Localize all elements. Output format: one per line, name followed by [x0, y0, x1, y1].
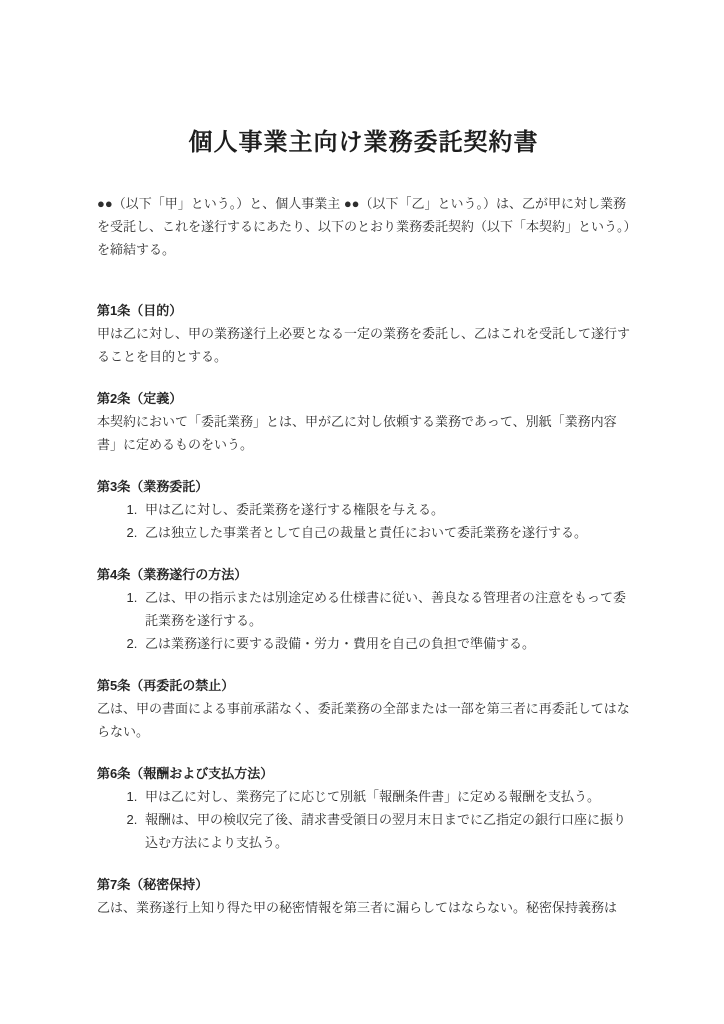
article-list-item: 乙は業務遂行に要する設備・労力・費用を自己の負担で準備する。 [141, 632, 630, 655]
article-heading: 第1条（目的） [97, 299, 630, 322]
article-list-item: 乙は、甲の指示または別途定める仕様書に従い、善良なる管理者の注意をもって委託業務… [141, 586, 630, 632]
contract-document-page: 個人事業主向け業務委託契約書 ●●（以下「甲」という。）と、個人事業主 ●●（以… [0, 0, 724, 1024]
articles-container: 第1条（目的）甲は乙に対し、甲の業務遂行上必要となる一定の業務を委託し、乙はこれ… [97, 299, 630, 919]
article-heading: 第2条（定義） [97, 387, 630, 410]
article-heading: 第5条（再委託の禁止） [97, 674, 630, 697]
article-body: 本契約において「委託業務」とは、甲が乙に対し依頼する業務であって、別紙「業務内容… [97, 410, 630, 456]
article-body: 乙は、甲の書面による事前承諾なく、委託業務の全部または一部を第三者に再委託しては… [97, 697, 630, 743]
article-body: 乙は、業務遂行上知り得た甲の秘密情報を第三者に漏らしてはならない。秘密保持義務は [97, 896, 630, 919]
article-section: 第3条（業務委託）甲は乙に対し、委託業務を遂行する権限を与える。乙は独立した事業… [97, 475, 630, 544]
document-title: 個人事業主向け業務委託契約書 [97, 124, 630, 162]
article-list-item: 乙は独立した事業者として自己の裁量と責任において委託業務を遂行する。 [141, 521, 630, 544]
article-section: 第7条（秘密保持）乙は、業務遂行上知り得た甲の秘密情報を第三者に漏らしてはならな… [97, 873, 630, 919]
article-list: 甲は乙に対し、委託業務を遂行する権限を与える。乙は独立した事業者として自己の裁量… [97, 498, 630, 544]
article-section: 第4条（業務遂行の方法）乙は、甲の指示または別途定める仕様書に従い、善良なる管理… [97, 563, 630, 655]
article-list-item: 甲は乙に対し、業務完了に応じて別紙「報酬条件書」に定める報酬を支払う。 [141, 785, 630, 808]
article-body: 甲は乙に対し、甲の業務遂行上必要となる一定の業務を委託し、乙はこれを受託して遂行… [97, 322, 630, 368]
article-heading: 第6条（報酬および支払方法） [97, 762, 630, 785]
article-list-item: 甲は乙に対し、委託業務を遂行する権限を与える。 [141, 498, 630, 521]
article-list: 甲は乙に対し、業務完了に応じて別紙「報酬条件書」に定める報酬を支払う。報酬は、甲… [97, 785, 630, 854]
article-heading: 第7条（秘密保持） [97, 873, 630, 896]
article-section: 第2条（定義）本契約において「委託業務」とは、甲が乙に対し依頼する業務であって、… [97, 387, 630, 456]
article-list: 乙は、甲の指示または別途定める仕様書に従い、善良なる管理者の注意をもって委託業務… [97, 586, 630, 655]
article-section: 第6条（報酬および支払方法）甲は乙に対し、業務完了に応じて別紙「報酬条件書」に定… [97, 762, 630, 854]
article-heading: 第4条（業務遂行の方法） [97, 563, 630, 586]
article-heading: 第3条（業務委託） [97, 475, 630, 498]
article-list-item: 報酬は、甲の検収完了後、請求書受領日の翌月末日までに乙指定の銀行口座に振り込む方… [141, 808, 630, 854]
article-section: 第1条（目的）甲は乙に対し、甲の業務遂行上必要となる一定の業務を委託し、乙はこれ… [97, 299, 630, 368]
preamble-paragraph: ●●（以下「甲」という。）と、個人事業主 ●●（以下「乙」という。）は、乙が甲に… [97, 192, 630, 261]
article-section: 第5条（再委託の禁止）乙は、甲の書面による事前承諾なく、委託業務の全部または一部… [97, 674, 630, 743]
